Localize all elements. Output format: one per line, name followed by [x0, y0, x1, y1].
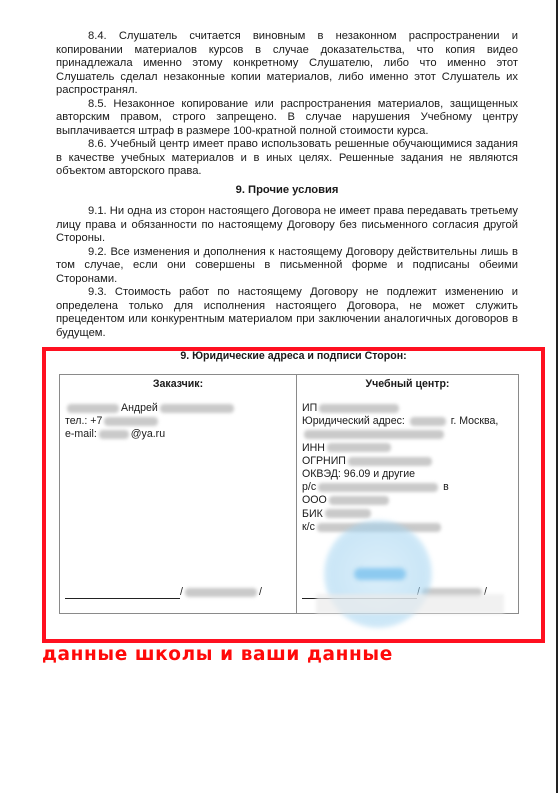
clause-9-2: 9.2. Все изменения и дополнения к настоя… — [56, 246, 518, 287]
clause-8-5: 8.5. Незаконное копирование или распрост… — [56, 98, 518, 139]
customer-name-line: Андрей — [65, 402, 292, 415]
redacted-ip-name — [319, 404, 399, 413]
clause-9-1: 9.1. Ни одна из сторон настоящего Догово… — [56, 205, 518, 246]
redacted-ogrnip — [348, 457, 432, 466]
customer-signature-line: // — [65, 586, 262, 599]
stamp-overlay-strip — [316, 594, 504, 614]
bik-line: БИК — [302, 508, 514, 521]
redacted-phone — [104, 417, 158, 426]
redacted-street — [304, 430, 444, 439]
redacted-bank — [329, 496, 389, 505]
redacted-signature-name — [185, 588, 257, 597]
phone-label: тел.: +7 — [65, 415, 102, 427]
slash: / — [180, 586, 183, 598]
customer-column: Заказчик: Андрей тел.: +7 e-mail:@ya.ru … — [60, 375, 297, 613]
redacted-postcode — [410, 417, 446, 426]
account-label: р/с — [302, 481, 316, 493]
city: г. Москва, — [451, 415, 499, 427]
email-domain: @ya.ru — [131, 428, 165, 440]
ogrnip-line: ОГРНИП — [302, 455, 514, 468]
account-line: р/с в — [302, 481, 514, 494]
corr-account-label: к/с — [302, 521, 315, 533]
ip-label: ИП — [302, 402, 317, 414]
okved-line: ОКВЭД: 96.09 и другие — [302, 468, 514, 481]
customer-title: Заказчик: — [60, 378, 296, 391]
page-edge-border — [556, 0, 558, 793]
email-label: e-mail: — [65, 428, 97, 440]
legal-address-label: Юридический адрес: — [302, 415, 405, 427]
customer-email-line: e-mail:@ya.ru — [65, 428, 292, 441]
street-line — [302, 428, 514, 441]
bik-label: БИК — [302, 508, 323, 520]
legal-address-line: Юридический адрес: г. Москва, — [302, 415, 514, 428]
account-suffix: в — [443, 481, 449, 493]
clause-8-4: 8.4. Слушатель считается виновным в неза… — [56, 30, 518, 98]
clause-8-6: 8.6. Учебный центр имеет право использов… — [56, 138, 518, 179]
addresses-heading: 9. Юридические адреса и подписи Сторон: — [42, 350, 545, 363]
ogrnip-label: ОГРНИП — [302, 455, 346, 467]
stamp-label — [354, 568, 406, 580]
customer-first-name: Андрей — [121, 402, 158, 414]
redacted-surname — [67, 404, 119, 413]
redacted-inn — [327, 443, 391, 452]
redacted-account — [318, 483, 438, 492]
inn-label: ИНН — [302, 442, 325, 454]
inn-line: ИНН — [302, 442, 514, 455]
annotation-caption: данные школы и ваши данные — [42, 644, 393, 665]
slash: / — [259, 586, 262, 598]
signature-underline — [65, 588, 180, 599]
section-8-text: 8.4. Слушатель считается виновным в неза… — [56, 30, 518, 179]
section-9-text: 9.1. Ни одна из сторон настоящего Догово… — [56, 205, 518, 340]
school-title: Учебный центр: — [297, 378, 518, 391]
signatures-table: Заказчик: Андрей тел.: +7 e-mail:@ya.ru … — [59, 374, 519, 614]
ip-line: ИП — [302, 402, 514, 415]
clause-9-3: 9.3. Стоимость работ по настоящему Догов… — [56, 286, 518, 340]
school-details: ИП Юридический адрес: г. Москва, ИНН ОГР… — [302, 402, 514, 534]
customer-details: Андрей тел.: +7 e-mail:@ya.ru — [65, 402, 292, 442]
bank-label: ООО — [302, 494, 327, 506]
redacted-bik — [325, 509, 371, 518]
section-9-heading: 9. Прочие условия — [56, 184, 518, 198]
customer-phone-line: тел.: +7 — [65, 415, 292, 428]
redacted-email — [99, 430, 129, 439]
redacted-patronymic — [160, 404, 234, 413]
bank-line: ООО — [302, 494, 514, 507]
